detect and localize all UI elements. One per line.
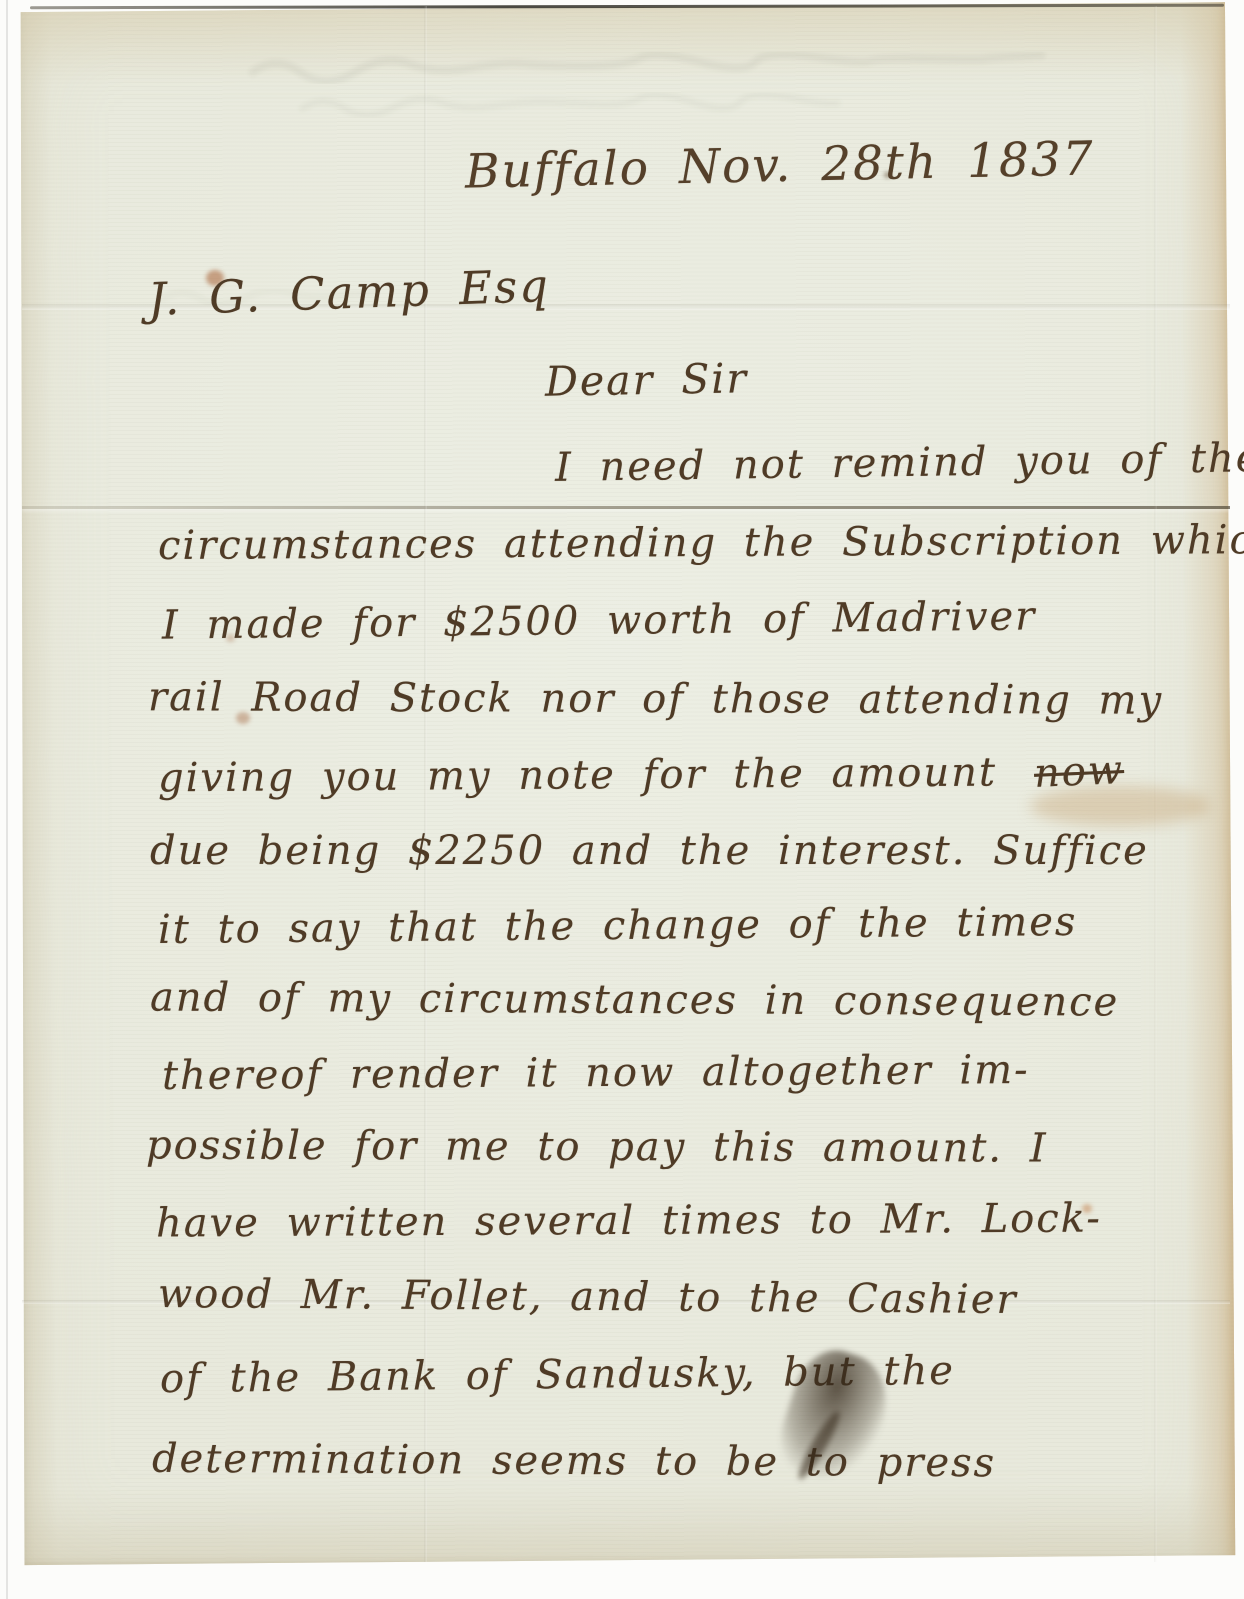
letter-salutation: Dear Sir bbox=[545, 354, 749, 406]
letter-line: circumstances attending the Subscription… bbox=[158, 517, 1244, 569]
letter-line: wood Mr. Follet, and to the Cashier bbox=[158, 1271, 1018, 1323]
letter-line: I made for $2500 worth of Madriver bbox=[162, 593, 1037, 648]
letter-line: giving you my note for the amount now bbox=[158, 749, 1124, 802]
letter-line: thereof render it now altogether im- bbox=[162, 1047, 1030, 1099]
letter-line: I need not remind you of the bbox=[555, 435, 1244, 491]
scanner-edge-groove bbox=[6, 0, 8, 1599]
fold-crease-vertical-right bbox=[1154, 6, 1157, 1562]
crossed-out-word: now bbox=[1033, 747, 1125, 797]
letter-line-text: giving you my note for the amount bbox=[158, 750, 997, 802]
letter-line: rail Road Stock nor of those attending m… bbox=[148, 674, 1163, 724]
fold-crease-horizontal-middle bbox=[22, 506, 1230, 509]
scanned-letter-page: Buffalo Nov. 28th 1837 J. G. Camp Esq De… bbox=[0, 0, 1244, 1599]
letter-line: and of my circumstances in consequence bbox=[150, 974, 1120, 1025]
letter-line: due being $2250 and the interest. Suffic… bbox=[150, 828, 1149, 874]
letter-line: it to say that the change of the times bbox=[158, 899, 1078, 953]
letter-line: have written several times to Mr. Lock- bbox=[156, 1196, 1102, 1247]
letter-line: possible for me to pay this amount. I bbox=[146, 1122, 1048, 1171]
